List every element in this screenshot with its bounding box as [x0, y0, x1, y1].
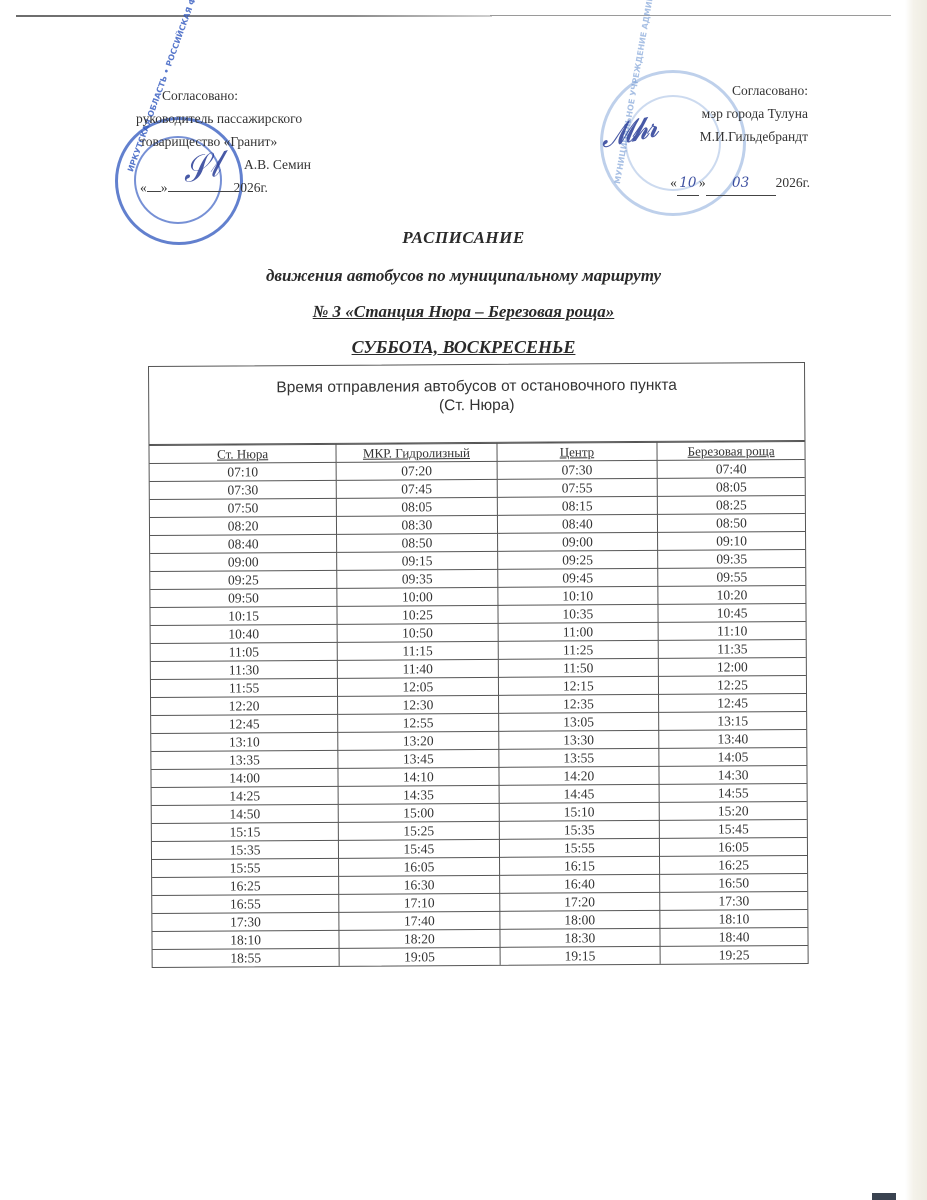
departure-time-cell: 15:15 [152, 822, 339, 841]
departure-time-cell: 17:30 [660, 891, 807, 910]
departure-time-cell: 15:35 [152, 840, 339, 859]
departure-time-cell: 14:50 [152, 804, 339, 823]
departure-time-cell: 14:45 [499, 784, 660, 803]
departure-time-cell: 09:15 [337, 551, 498, 570]
scan-top-border-right [490, 15, 891, 16]
approval-heading: Согласовано: [136, 84, 311, 107]
table-row: 18:5519:0519:1519:25 [153, 945, 808, 967]
departure-time-cell: 07:50 [150, 498, 337, 517]
departure-time-cell: 10:50 [337, 623, 498, 642]
departure-time-cell: 12:25 [659, 675, 806, 694]
departure-time-cell: 17:40 [339, 911, 500, 930]
departure-time-cell: 10:15 [150, 606, 337, 625]
departure-time-cell: 15:45 [659, 819, 806, 838]
departure-time-cell: 11:10 [658, 621, 805, 640]
departure-time-cell: 19:15 [500, 946, 661, 964]
departure-time-cell: 07:30 [497, 460, 658, 479]
departure-time-cell: 10:10 [497, 586, 658, 605]
departure-time-cell: 12:05 [338, 677, 499, 696]
approver-position: руководитель пассажирского [136, 107, 311, 130]
scan-right-edge [905, 0, 927, 1200]
departure-time-cell: 11:00 [498, 622, 659, 641]
departure-time-cell: 18:10 [660, 909, 807, 928]
approval-month: 03 [706, 172, 776, 196]
departure-time-cell: 11:50 [498, 658, 659, 677]
departure-time-cell: 13:40 [659, 729, 806, 748]
departure-time-cell: 08:25 [657, 495, 804, 514]
column-header: Центр [497, 442, 658, 461]
departure-time-cell: 13:15 [659, 711, 806, 730]
departure-time-cell: 13:20 [338, 731, 499, 750]
approver-position: мэр города Тулуна [644, 102, 808, 125]
departure-time-cell: 17:20 [499, 892, 660, 911]
departure-time-cell: 15:45 [339, 839, 500, 858]
departure-time-cell: 11:40 [337, 659, 498, 678]
departure-time-cell: 18:40 [660, 927, 807, 946]
departure-time-cell: 12:15 [498, 676, 659, 695]
approval-heading: Согласовано: [644, 79, 808, 102]
schedule-days: СУББОТА, ВОСКРЕСЕНЬЕ [0, 337, 927, 358]
departure-time-cell: 13:45 [338, 749, 499, 768]
departure-time-cell: 16:05 [339, 857, 500, 876]
approval-block-right: Согласовано: мэр города Тулуна М.И.Гильд… [644, 79, 808, 196]
approver-name: А.В. Семин [136, 153, 311, 176]
departure-time-cell: 16:15 [499, 856, 660, 875]
approval-date: «10»032026г. [644, 171, 810, 196]
departure-time-cell: 11:30 [151, 660, 338, 679]
departure-time-cell: 10:00 [337, 587, 498, 606]
departure-time-cell: 09:35 [337, 569, 498, 588]
approval-date: «»2026г. [136, 176, 311, 199]
departure-time-cell: 09:45 [497, 568, 658, 587]
departure-time-cell: 10:35 [498, 604, 659, 623]
departure-time-cell: 16:05 [660, 837, 807, 856]
route-name: № 3 «Станция Нюра – Березовая роща» [0, 302, 927, 322]
departure-time-cell: 07:40 [657, 459, 804, 478]
departure-time-cell: 17:30 [152, 912, 339, 931]
departure-time-cell: 11:15 [337, 641, 498, 660]
departure-time-cell: 19:05 [339, 947, 500, 965]
approval-year: 2026г. [234, 180, 268, 195]
departure-time-cell: 09:35 [658, 549, 805, 568]
departure-time-cell: 19:25 [660, 945, 807, 963]
departure-time-cell: 15:10 [499, 802, 660, 821]
approval-day: 10 [677, 172, 699, 196]
document-title: РАСПИСАНИЕ [0, 228, 927, 248]
departure-time-cell: 08:20 [150, 516, 337, 535]
departure-time-cell: 08:30 [337, 515, 498, 534]
departure-time-cell: 18:20 [339, 929, 500, 948]
departure-time-cell: 18:10 [152, 930, 339, 949]
document-subtitle: движения автобусов по муниципальному мар… [0, 266, 927, 286]
departure-time-cell: 13:35 [151, 750, 338, 769]
departure-time-cell: 17:10 [339, 893, 500, 912]
departure-time-cell: 16:30 [339, 875, 500, 894]
departure-time-cell: 12:00 [658, 657, 805, 676]
departure-time-cell: 08:05 [657, 477, 804, 496]
departure-time-cell: 07:45 [336, 479, 497, 498]
departure-time-cell: 10:40 [151, 624, 338, 643]
scan-top-border [16, 15, 492, 17]
departure-time-cell: 14:35 [338, 785, 499, 804]
departure-time-cell: 15:55 [152, 858, 339, 877]
departure-time-cell: 14:25 [152, 786, 339, 805]
approval-block-left: Согласовано: руководитель пассажирского … [136, 84, 311, 199]
departure-time-cell: 09:00 [497, 532, 658, 551]
departure-time-cell: 07:55 [497, 478, 658, 497]
departure-time-cell: 15:00 [338, 803, 499, 822]
departure-time-cell: 09:25 [150, 570, 337, 589]
departure-time-cell: 14:05 [659, 747, 806, 766]
departure-time-cell: 07:10 [150, 462, 337, 481]
departure-time-cell: 14:00 [151, 768, 338, 787]
departure-time-cell: 15:55 [499, 838, 660, 857]
departure-time-cell: 12:55 [338, 713, 499, 732]
departure-time-cell: 11:25 [498, 640, 659, 659]
departure-time-cell: 14:55 [659, 783, 806, 802]
departure-time-cell: 08:50 [658, 513, 805, 532]
departure-time-cell: 11:05 [151, 642, 338, 661]
departure-time-cell: 12:20 [151, 696, 338, 715]
departure-time-cell: 11:55 [151, 678, 338, 697]
departure-time-cell: 15:20 [659, 801, 806, 820]
departure-time-cell: 15:35 [499, 820, 660, 839]
departure-time-cell: 14:30 [659, 765, 806, 784]
timetable-caption: Время отправления автобусов от остановоч… [149, 363, 804, 445]
departure-time-cell: 12:45 [659, 693, 806, 712]
departure-time-cell: 08:40 [150, 534, 337, 553]
departure-time-cell: 16:55 [152, 894, 339, 913]
departure-time-cell: 13:05 [498, 712, 659, 731]
approver-name: М.И.Гильдебрандт [644, 125, 808, 148]
departure-time-cell: 18:55 [153, 948, 340, 967]
departure-time-cell: 12:45 [151, 714, 338, 733]
timetable: Время отправления автобусов от остановоч… [148, 362, 809, 968]
departure-time-cell: 07:30 [150, 480, 337, 499]
departure-time-cell: 14:10 [338, 767, 499, 786]
departure-time-cell: 18:00 [499, 910, 660, 929]
column-header: Березовая роща [657, 441, 804, 460]
departure-time-cell: 08:50 [337, 533, 498, 552]
departure-time-cell: 08:40 [497, 514, 658, 533]
approver-organization: товарищество «Гранит» [136, 130, 311, 153]
departure-time-cell: 13:55 [498, 748, 659, 767]
departure-time-cell: 10:20 [658, 585, 805, 604]
departure-time-cell: 16:50 [660, 873, 807, 892]
departure-time-cell: 08:15 [497, 496, 658, 515]
departure-time-cell: 09:00 [150, 552, 337, 571]
departure-time-cell: 16:25 [660, 855, 807, 874]
departure-time-cell: 13:10 [151, 732, 338, 751]
departure-time-cell: 15:25 [338, 821, 499, 840]
departure-time-cell: 12:30 [338, 695, 499, 714]
column-header: Ст. Нюра [149, 444, 336, 463]
scan-corner-mark [872, 1193, 896, 1200]
departure-time-cell: 09:55 [658, 567, 805, 586]
timetable-grid: Ст. НюраМКР. ГидролизныйЦентрБерезовая р… [149, 441, 807, 967]
departure-time-cell: 14:20 [499, 766, 660, 785]
approval-year: 2026г. [776, 175, 810, 190]
departure-time-cell: 09:25 [497, 550, 658, 569]
departure-time-cell: 11:35 [658, 639, 805, 658]
departure-time-cell: 07:20 [336, 461, 497, 480]
departure-time-cell: 10:25 [337, 605, 498, 624]
departure-time-cell: 12:35 [498, 694, 659, 713]
departure-time-cell: 09:50 [150, 588, 337, 607]
column-header: МКР. Гидролизный [336, 443, 497, 462]
departure-time-cell: 13:30 [498, 730, 659, 749]
departure-time-cell: 09:10 [658, 531, 805, 550]
departure-time-cell: 16:25 [152, 876, 339, 895]
departure-time-cell: 16:40 [499, 874, 660, 893]
departure-time-cell: 10:45 [658, 603, 805, 622]
departure-time-cell: 18:30 [500, 928, 661, 947]
departure-time-cell: 08:05 [336, 497, 497, 516]
